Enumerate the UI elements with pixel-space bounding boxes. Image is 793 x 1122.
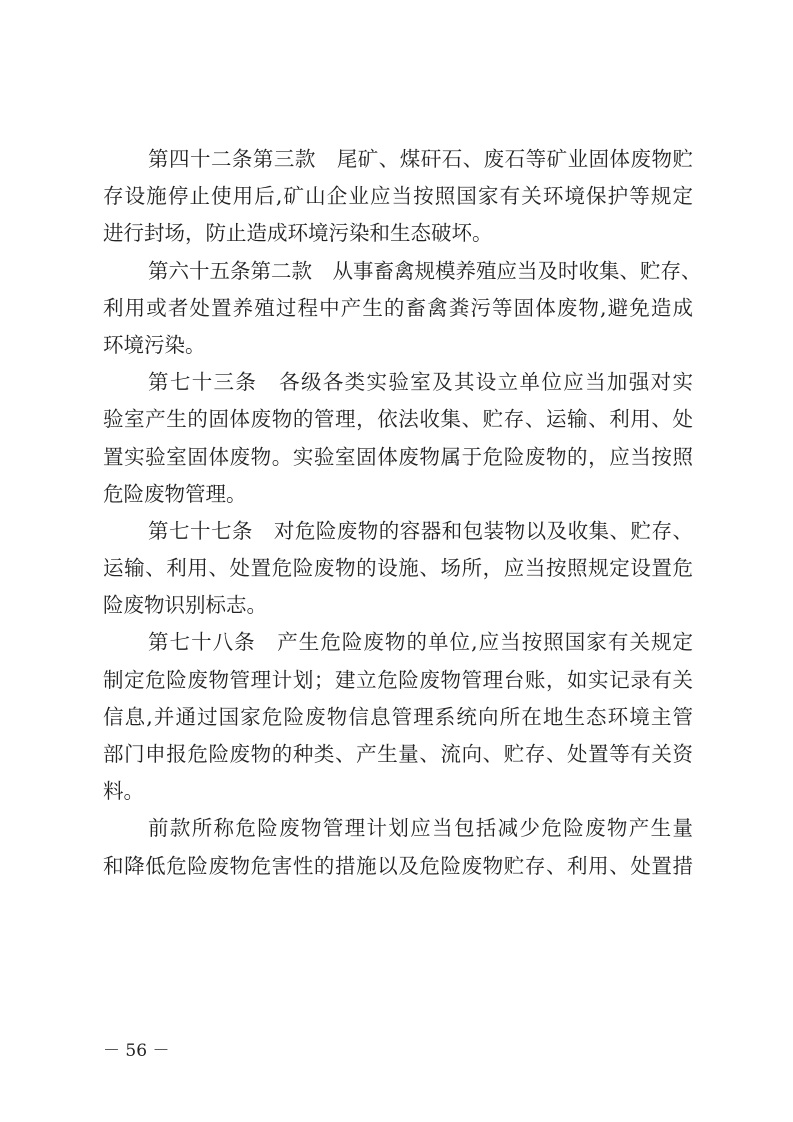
text-line: 危险废物管理。 <box>103 476 693 513</box>
text-line: 和降低危险废物危害性的措施以及危险废物贮存、利用、处置措 <box>103 848 693 885</box>
text-line: 制定危险废物管理计划；建立危险废物管理台账，如实记录有关 <box>103 662 693 699</box>
text-line: 利用或者处置养殖过程中产生的畜禽粪污等固体废物,避免造成 <box>103 290 693 327</box>
text-line: 第四十二条第三款 尾矿、煤矸石、废石等矿业固体废物贮 <box>103 141 693 178</box>
paragraph-management-plan: 前款所称危险废物管理计划应当包括减少危险废物产生量 和降低危险废物危害性的措施以… <box>103 810 693 884</box>
text-line: 进行封场，防止造成环境污染和生态破坏。 <box>103 215 693 252</box>
text-line: 第六十五条第二款 从事畜禽规模养殖应当及时收集、贮存、 <box>103 253 693 290</box>
page-number: － 56 － <box>103 1036 169 1061</box>
text-line: 验室产生的固体废物的管理，依法收集、贮存、运输、利用、处 <box>103 401 693 438</box>
text-line: 第七十三条 各级各类实验室及其设立单位应当加强对实 <box>103 364 693 401</box>
text-line: 部门申报危险废物的种类、产生量、流向、贮存、处置等有关资 <box>103 736 693 773</box>
text-line: 环境污染。 <box>103 327 693 364</box>
text-line: 第七十七条 对危险废物的容器和包装物以及收集、贮存、 <box>103 513 693 550</box>
text-line: 存设施停止使用后,矿山企业应当按照国家有关环境保护等规定 <box>103 178 693 215</box>
document-page: 第四十二条第三款 尾矿、煤矸石、废石等矿业固体废物贮 存设施停止使用后,矿山企业… <box>0 0 793 1122</box>
paragraph-article-65: 第六十五条第二款 从事畜禽规模养殖应当及时收集、贮存、 利用或者处置养殖过程中产… <box>103 253 693 365</box>
paragraph-article-77: 第七十七条 对危险废物的容器和包装物以及收集、贮存、 运输、利用、处置危险废物的… <box>103 513 693 625</box>
document-body: 第四十二条第三款 尾矿、煤矸石、废石等矿业固体废物贮 存设施停止使用后,矿山企业… <box>103 141 693 885</box>
text-line: 前款所称危险废物管理计划应当包括减少危险废物产生量 <box>103 810 693 847</box>
text-line: 信息,并通过国家危险废物信息管理系统向所在地生态环境主管 <box>103 699 693 736</box>
text-line: 料。 <box>103 773 693 810</box>
text-line: 险废物识别标志。 <box>103 587 693 624</box>
paragraph-article-73: 第七十三条 各级各类实验室及其设立单位应当加强对实 验室产生的固体废物的管理，依… <box>103 364 693 513</box>
paragraph-article-78: 第七十八条 产生危险废物的单位,应当按照国家有关规定 制定危险废物管理计划；建立… <box>103 624 693 810</box>
text-line: 置实验室固体废物。实验室固体废物属于危险废物的，应当按照 <box>103 439 693 476</box>
paragraph-article-42: 第四十二条第三款 尾矿、煤矸石、废石等矿业固体废物贮 存设施停止使用后,矿山企业… <box>103 141 693 253</box>
text-line: 运输、利用、处置危险废物的设施、场所，应当按照规定设置危 <box>103 550 693 587</box>
text-line: 第七十八条 产生危险废物的单位,应当按照国家有关规定 <box>103 624 693 661</box>
